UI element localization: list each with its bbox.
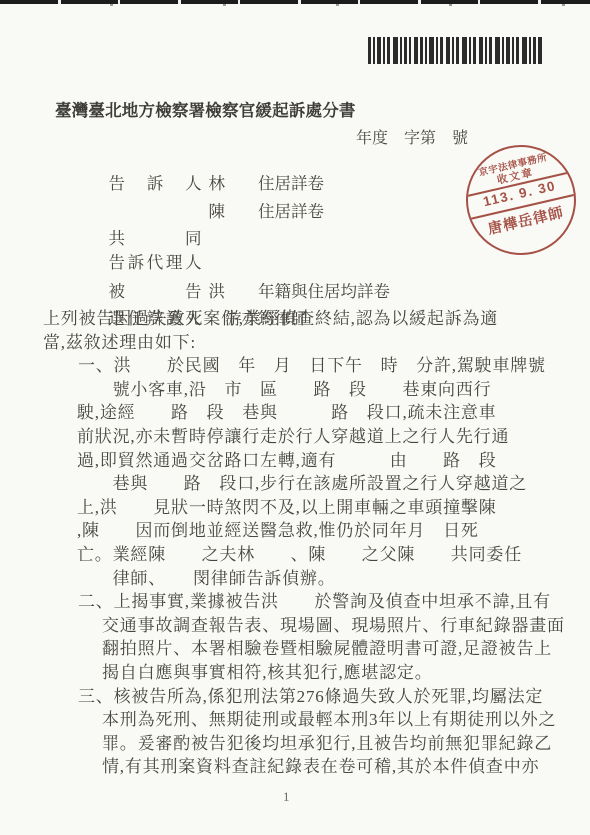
body-line: 當,茲敘述理由如下: <box>43 331 590 355</box>
body-line: 本刑為死刑、無期徒刑或最輕本刑3年以上有期徒刑以外之 <box>102 708 590 732</box>
body-line: 罪。爰審酌被告犯後均坦承犯行,且被告均前無犯罪紀錄乙 <box>102 732 590 756</box>
document-body: 上列被告因過失致死案件,業經偵查終結,認為以緩起訴為適 當,茲敘述理由如下: 一… <box>0 307 590 779</box>
body-line: 三、核被告所為,係犯刑法第276條過失致人於死罪,均屬法定 <box>78 685 590 709</box>
party-name-and-note: 陳 住居詳卷 <box>209 198 325 222</box>
document-title: 臺灣臺北地方檢察署檢察官緩起訴處分書 <box>55 97 356 121</box>
body-line: 二、上揭事實,業據被告洪 於警詢及偵查中坦承不諱,且有 <box>78 590 590 614</box>
body-line: 號小客車,沿 市 區 路 段 巷東向西行 <box>77 378 590 402</box>
body-line: 翻拍照片、本署相驗卷暨相驗屍體證明書可證,足證被告上 <box>102 637 590 661</box>
body-line: 上列被告因過失致死案件,業經偵查終結,認為以緩起訴為適 <box>43 307 590 331</box>
body-line: 巷與 路 段口,步行在該處所設置之行人穿越道之 <box>77 472 590 496</box>
scanned-legal-document-page: 臺灣臺北地方檢察署檢察官緩起訴處分書 年度 字第 號 告訴人林 住居詳卷 陳 住… <box>0 0 590 835</box>
body-line: 一、洪 於民國 年 月 日下午 時 分許,駕駛車牌號 <box>78 354 590 378</box>
body-line: 駛,途經 路 段 巷與 路 段口,疏未注意車 <box>77 401 590 425</box>
body-line: 前狀況,亦未暫時停讓行走於行人穿越道上之行人先行通 <box>77 425 590 449</box>
body-line: 律師、 閔律師告訴偵辦。 <box>77 567 590 591</box>
stamp-circle: 京宇法律事務所 收文章 113. 9. 30 唐樺岳律師 <box>455 134 587 266</box>
body-line: 亡。業經陳 之夫林 、陳 之父陳 共同委任 <box>77 543 590 567</box>
body-line: 情,有其刑案資料查註紀錄表在卷可稽,其於本件偵查中亦 <box>102 755 590 779</box>
barcode-icon <box>368 37 545 64</box>
body-line: 交通事故調查報告表、現場圖、現場照片、行車紀錄器畫面 <box>102 614 590 638</box>
page-number: 1 <box>283 789 290 805</box>
case-number-line: 年度 字第 號 <box>356 125 468 148</box>
scan-edge-artifact <box>0 0 590 4</box>
body-line: ,陳 因而倒地並經送醫急救,惟仍於同年月 日死 <box>77 519 590 543</box>
body-line: 揭自白應與事實相符,核其犯行,應堪認定。 <box>102 661 590 685</box>
body-line: 上,洪 見狀一時煞閃不及,以上開車輛之車頭撞擊陳 <box>77 496 590 520</box>
law-firm-received-stamp: 京宇法律事務所 收文章 113. 9. 30 唐樺岳律師 <box>455 134 587 266</box>
body-line: 過,即貿然通過交岔路口左轉,適有 由 路 段 <box>77 449 590 473</box>
